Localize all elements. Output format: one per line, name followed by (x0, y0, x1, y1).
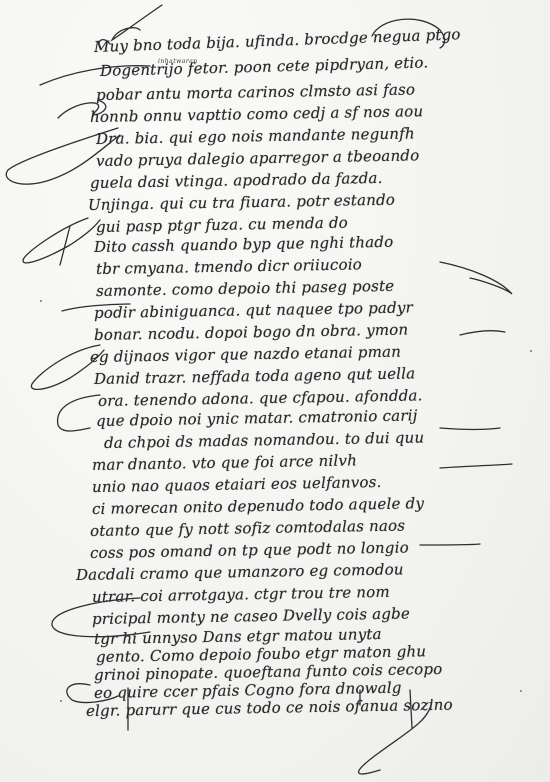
manuscript-line: podir abiniguanca. qut naquee tpo padyr (94, 298, 413, 322)
manuscript-line: Dito cassh quando byp que nghi thado (94, 233, 394, 256)
manuscript-line: Unjinga. qui cu tra fiuara. potr estando (88, 191, 395, 214)
manuscript-line: Muy bno toda bija. ufinda. brocdge negua… (94, 25, 461, 56)
manuscript-line: mar dnanto. vto que foi arce nilvh (92, 451, 357, 474)
manuscript-line: da chpoi ds madas nomandou. to dui quu (104, 428, 425, 452)
manuscript-line: ci morecan onito depenudo todo aquele dy (92, 494, 424, 518)
manuscript-line: pobar antu morta carinos clmsto asi faso (96, 80, 415, 104)
manuscript-line: tbr cmyana. tmendo dicr oriiucoio (96, 255, 362, 278)
manuscript-line: coss pos omand on tp que podt no longio (90, 538, 409, 562)
manuscript-line: unio nao quaos etaiari eos uelfanvos. (92, 473, 382, 496)
manuscript-line: gui pasp ptgr fuza. cu menda do (96, 214, 348, 236)
paper-speck (530, 350, 532, 352)
manuscript-line: Dacdali cramo que umanzoro eg comodou (76, 560, 404, 584)
manuscript-line: Dogentrijo fetor. poon cete pipdryan, et… (100, 53, 429, 80)
manuscript-line: que dpoio noi ynic matar. cmatronio cari… (96, 406, 418, 430)
manuscript-line: samonte. como depoio thi paseg poste (96, 277, 395, 300)
manuscript-line: vado pruya dalegio aparregor a tbeoando (96, 146, 420, 170)
manuscript-line: honnb onnu vapttio como cedj a sf nos ao… (90, 102, 424, 126)
manuscript-page: inhatwaran Muy bno toda bija. ufinda. br… (0, 0, 550, 782)
manuscript-line: guela dasi vtinga. apodrado da fazda. (90, 169, 383, 192)
paper-speck (60, 700, 62, 702)
manuscript-line: bonar. ncodu. dopoi bogo dn obra. ymon (94, 321, 409, 344)
paper-speck (520, 690, 522, 692)
manuscript-line: utrar. coi arrotgaya. ctgr trou tre nom (92, 583, 390, 606)
manuscript-line: Danid trazr. neffada toda ageno qut uell… (94, 364, 416, 388)
manuscript-line: Dra. bia. qui ego nois mandante negunfh (96, 124, 415, 148)
paper-speck (40, 300, 42, 302)
manuscript-line: eg dijnaos vigor que nazdo etanai pman (90, 343, 401, 366)
manuscript-line: otanto que fy nott sofiz comtodalas naos (90, 516, 406, 539)
